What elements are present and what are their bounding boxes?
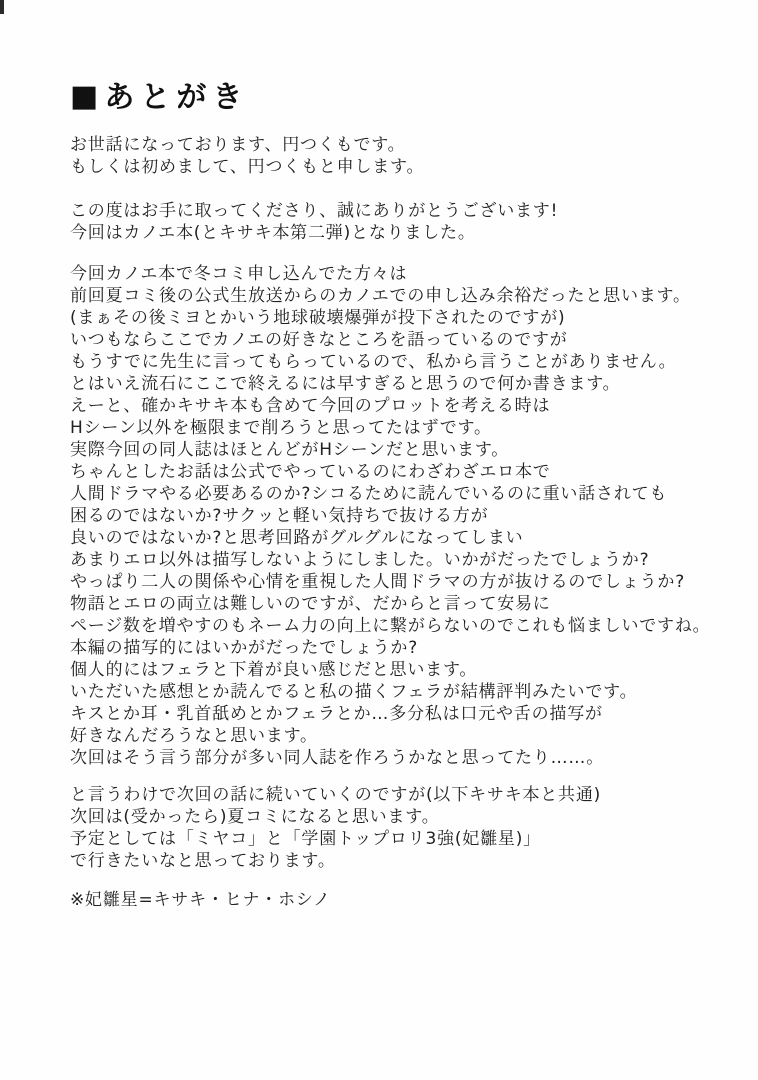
page-title: ■あとがき <box>70 72 248 116</box>
square-bullet-icon: ■ <box>70 79 104 114</box>
paragraph-footnote: ※妃雛星=キサキ・ヒナ・ホシノ <box>70 889 331 911</box>
paragraph-next-plans: と言うわけで次回の話に続いていくのですが(以下キサキ本と共通) 次回は(受かった… <box>70 784 601 872</box>
page-title-text: あとがき <box>104 80 248 115</box>
afterword-page: ■あとがき お世話になっております、円つくもです。 もしくは初めまして、円つくも… <box>0 0 758 1080</box>
paragraph-greeting: お世話になっております、円つくもです。 もしくは初めまして、円つくもと申します。 <box>70 134 424 178</box>
scan-artifact-mark <box>0 0 4 14</box>
paragraph-thanks: この度はお手に取ってくださり、誠にありがとうございます! 今回はカノエ本(とキサ… <box>70 200 558 244</box>
paragraph-main-commentary: 今回カノエ本で冬コミ申し込んでた方々は 前回夏コミ後の公式生放送からのカノエでの… <box>70 263 710 769</box>
